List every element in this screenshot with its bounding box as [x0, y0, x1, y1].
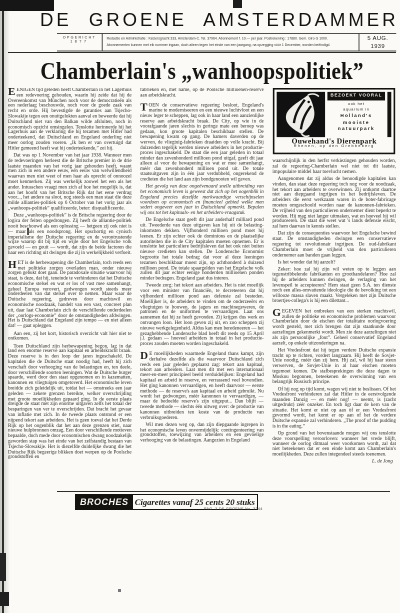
author-signature: L. de Jong	[272, 460, 396, 465]
drop-cap: D	[140, 352, 148, 361]
ad-banner: BEZOEKT VOORAL	[328, 92, 385, 100]
newspaper-page: DE GROENE AMSTERDAMMER OPGERICHT 1877 Re…	[0, 0, 400, 613]
article-paragraph: Is het wonder dat hij aarzelt?	[272, 260, 396, 265]
issue-date-year: 1939	[359, 42, 396, 50]
park-location: Rhenen, op den Grebbeberg	[277, 145, 391, 150]
article-column-3: BEZOEKT VOORAL ook hetaquarium inHolland…	[272, 88, 396, 492]
masthead-title: DE GROENE AMSTERDAMMER	[40, 9, 396, 31]
article-paragraph: Toen Duitschland zijn herbewapening bego…	[8, 344, 132, 460]
drop-cap: E	[8, 88, 15, 97]
article-paragraph: Op grond van het bovenstaande mogen wij …	[272, 431, 396, 457]
article-paragraph: Zeker: hoe zal hij zijn wil weten op te …	[272, 267, 396, 304]
article-paragraph: Dat zijn de consequenties waarvoor het E…	[272, 232, 396, 258]
article-paragraph: HET is de herbewapening die Chamberlain,…	[8, 261, 132, 330]
article-paragraph: Deze „wanhoops-politiek” is de Britsche …	[8, 214, 132, 256]
founded-cell: OPGERICHT 1877	[57, 34, 103, 51]
article-end-rule	[57, 491, 390, 492]
article-column-1: EENIGEN tijd geleden heeft Chamberlain i…	[8, 88, 132, 492]
issue-date: 5 AUG. 1939	[359, 34, 397, 51]
admin-line: Abonnementen kunnen met elk nummer ingaa…	[107, 41, 355, 47]
ad-ouwehand-lines: ook hetaquarium inHolland'smooistenatuur…	[328, 102, 385, 133]
article-paragraph: Wil men dezen weg op, dan zijn diepgaand…	[140, 423, 264, 444]
scan-blot	[233, 0, 242, 8]
admin-line: Redactie en Administratie : Keizersgrach…	[107, 35, 355, 41]
article-paragraph: GEGEVEN het ontbreken van een sterken ma…	[272, 309, 396, 346]
article-paragraph: Of hij nog op tijd komt, wagen wij niet …	[272, 387, 396, 429]
article-paragraph: EENIGEN tijd geleden heeft Chamberlain i…	[8, 88, 132, 152]
ad-line: natuurpark	[328, 126, 385, 133]
info-bar: OPGERICHT 1877 Redactie en Administratie…	[57, 33, 396, 51]
scan-edge-artifact	[2, 0, 4, 613]
page-caption: PAG. 3 DE GROENE No. 3244	[197, 507, 263, 511]
drop-cap: T	[140, 103, 147, 112]
article-paragraph: Tweede zorg: het tekort aan arbeiders. H…	[140, 284, 264, 348]
article-paragraph: De Engelsche staat geeft dit jaar anderh…	[140, 218, 264, 282]
article-paragraph: fabrieken en, met name, op de Poolsche m…	[140, 88, 264, 99]
article-body: EENIGEN tijd geleden heeft Chamberlain i…	[8, 88, 396, 492]
scan-blot	[0, 592, 9, 606]
article-paragraph: Dat was op 1 November van het jaar 1938.…	[8, 153, 132, 211]
founded-year: 1877	[57, 39, 102, 43]
article-headline: Chamberlain's „wanhoopspolitiek”	[8, 57, 396, 86]
park-name: Ouwehand's Dierenpark	[277, 139, 391, 144]
article-column-2: fabrieken en, met name, op de Poolsche m…	[140, 88, 264, 492]
admin-cell: Redactie en Administratie : Keizersgrach…	[103, 34, 359, 51]
article-paragraph: waarschijnlijk in den herfst verkiezinge…	[272, 159, 396, 175]
article-paragraph: Aangenomen dat zij aldus de benoodigde k…	[272, 177, 396, 230]
article-paragraph: Het Vredesfront dat hij tegen verdere Du…	[272, 348, 396, 385]
broches-brand: BROCHES	[76, 495, 133, 509]
issue-date-day: 5 AUG.	[359, 35, 396, 43]
ouwehand-ad: BEZOEKT VOORAL ook hetaquarium inHolland…	[273, 88, 395, 154]
ouwehand-ad-text: BEZOEKT VOORAL ook hetaquarium inHolland…	[328, 92, 392, 137]
drop-cap: H	[8, 261, 16, 270]
article-paragraph: DE moeilijkheden waarmede Engeland thans…	[140, 352, 264, 421]
divider-rule	[8, 52, 396, 53]
article-paragraph: Het gevolg van deze ongeëvenaard snelle …	[140, 185, 264, 217]
scan-speck	[118, 589, 121, 592]
scan-blot	[0, 553, 6, 581]
angelfish-icon	[277, 92, 325, 137]
article-paragraph: Aan een, zij het kort, historisch overzi…	[8, 331, 132, 342]
drop-cap: G	[272, 309, 280, 318]
article-paragraph: TOEN de conservatieve regeering besloot,…	[140, 103, 264, 182]
